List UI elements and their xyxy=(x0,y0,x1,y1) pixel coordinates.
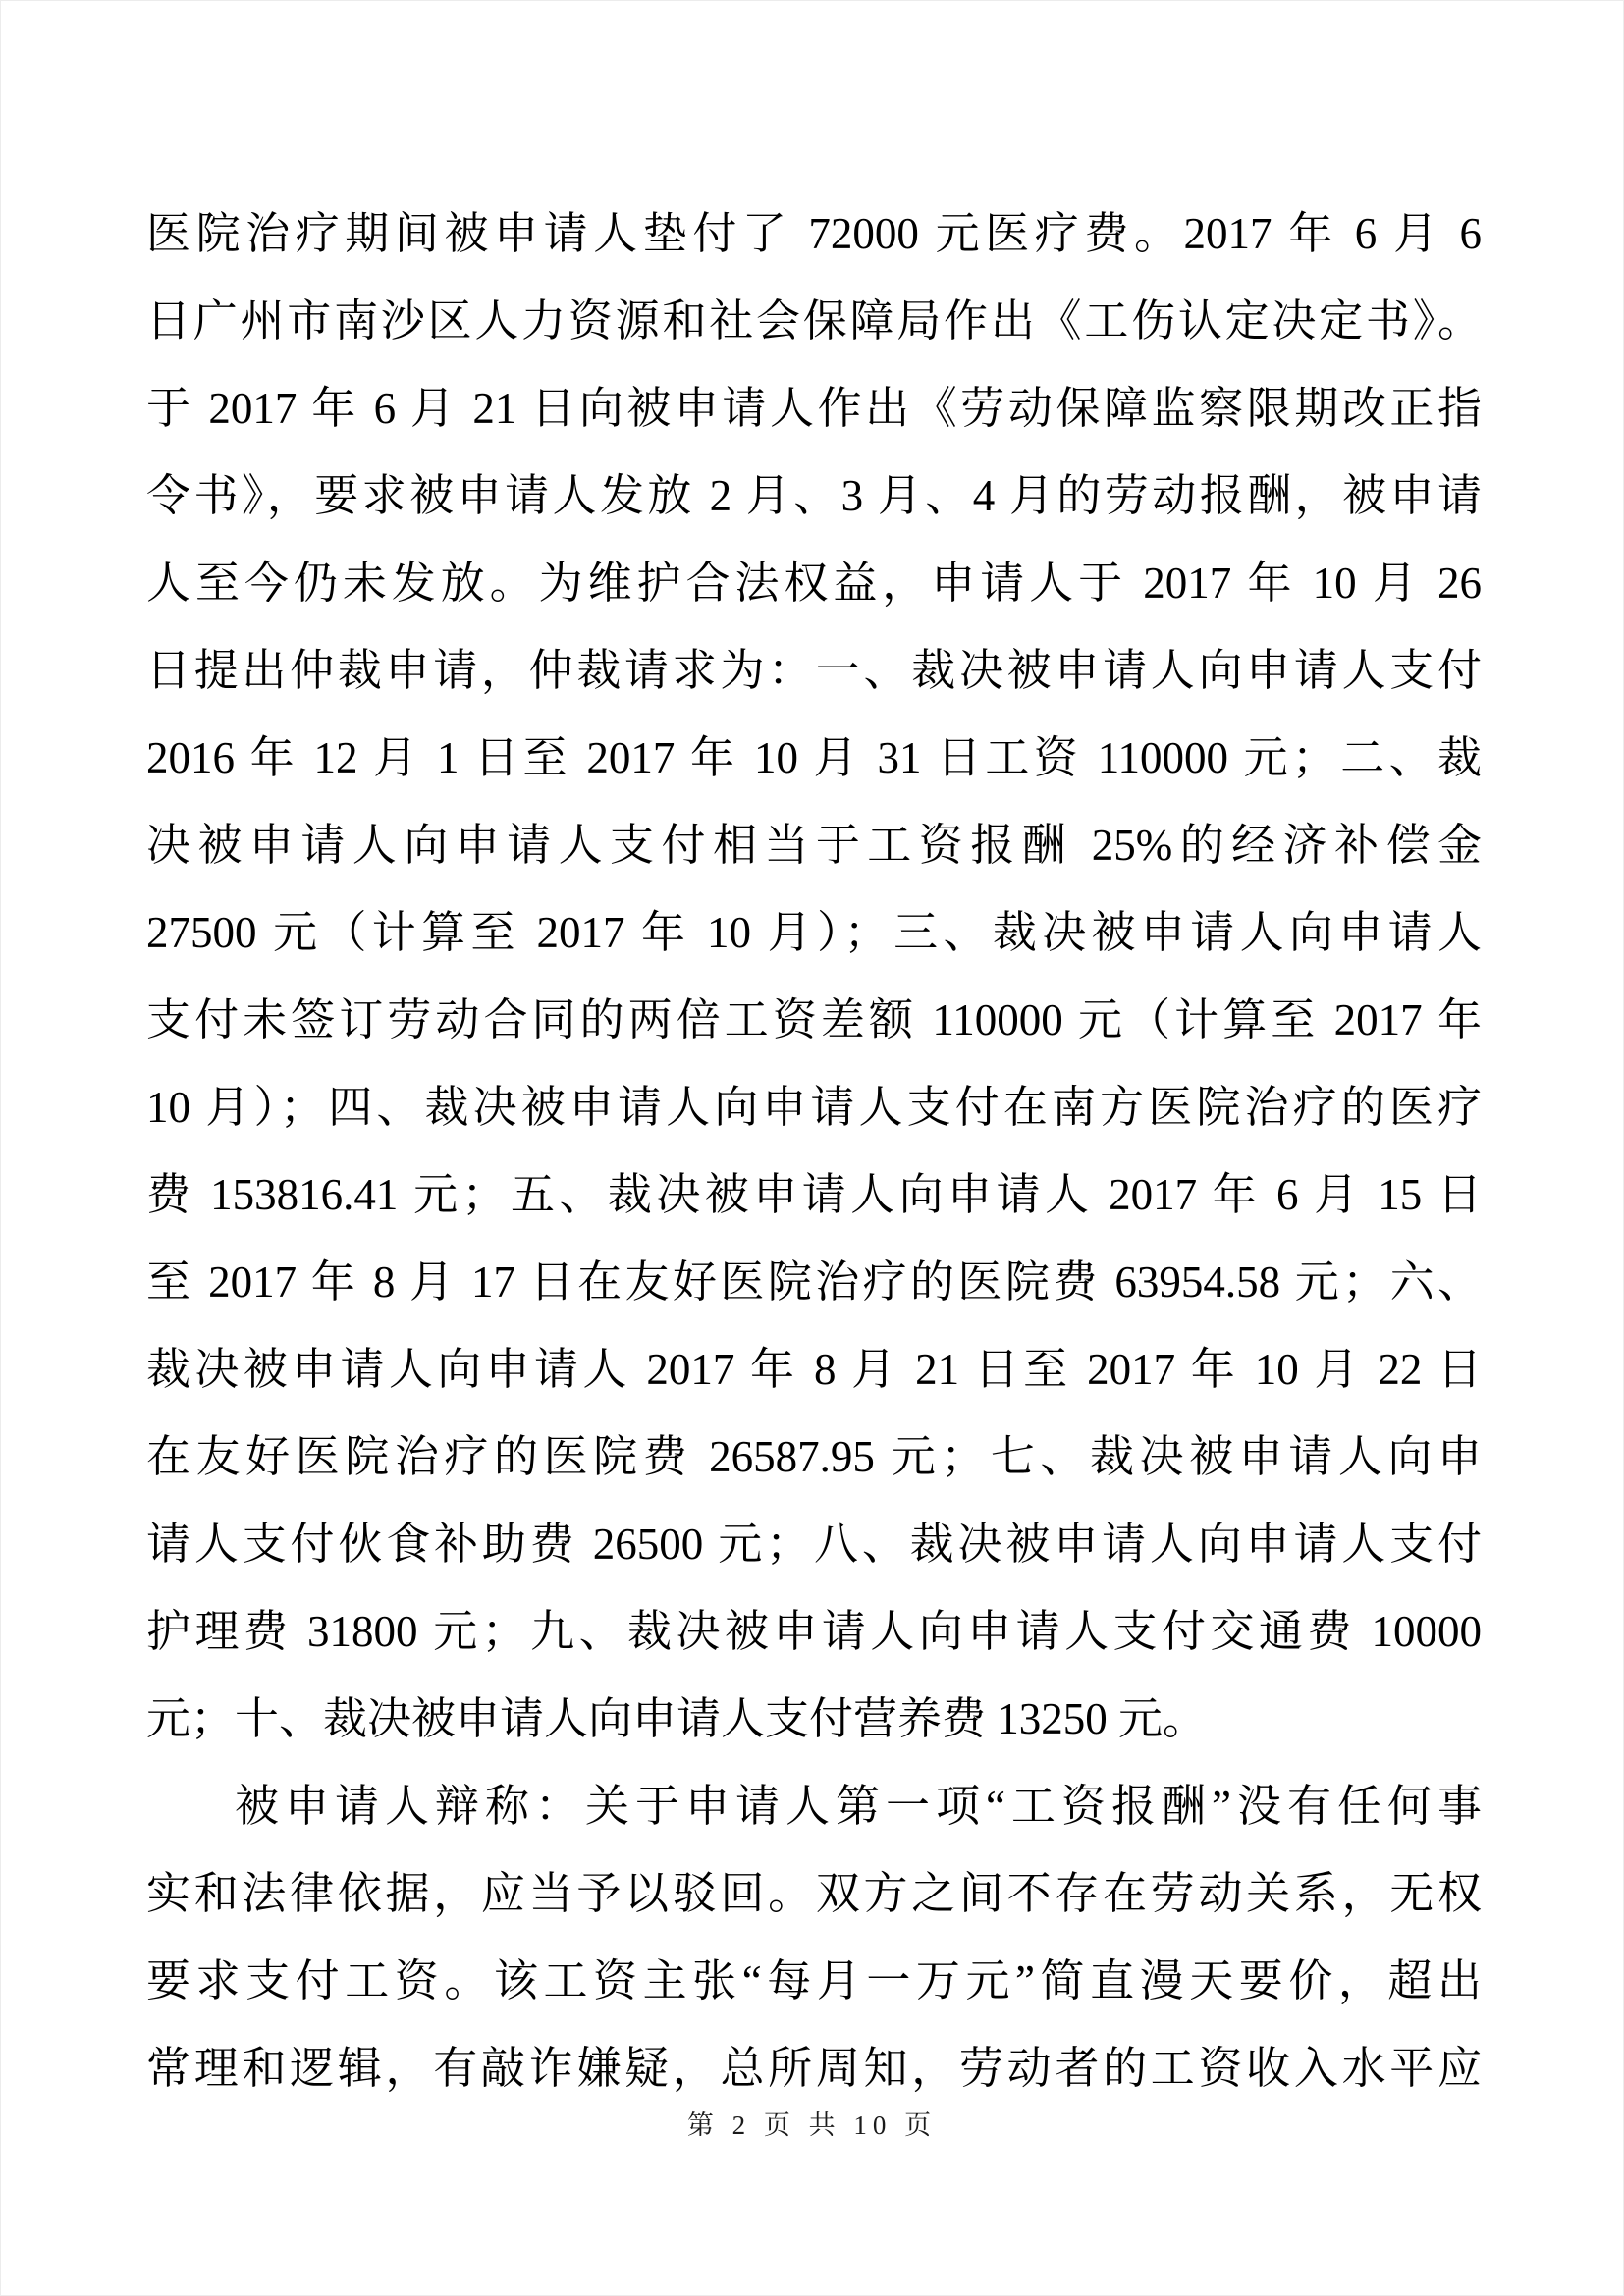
body-line: 医院治疗期间被申请人垫付了 72000 元医疗费。2017 年 6 月 6 xyxy=(146,190,1482,278)
body-line-paragraph-start: 被申请人辩称：关于申请人第一项“工资报酬”没有任何事 xyxy=(146,1763,1482,1850)
body-line: 费 153816.41 元；五、裁决被申请人向申请人 2017 年 6 月 15… xyxy=(146,1151,1482,1239)
body-line: 至 2017 年 8 月 17 日在友好医院治疗的医院费 63954.58 元；… xyxy=(146,1239,1482,1326)
page-number-footer: 第 2 页 共 10 页 xyxy=(1,2104,1623,2142)
body-line: 于 2017 年 6 月 21 日向被申请人作出《劳动保障监察限期改正指 xyxy=(146,365,1482,453)
body-line: 人至今仍未发放。为维护合法权益，申请人于 2017 年 10 月 26 xyxy=(146,540,1482,627)
body-line: 日提出仲裁申请，仲裁请求为：一、裁决被申请人向申请人支付 xyxy=(146,627,1482,715)
body-line-paragraph-end: 元；十、裁决被申请人向申请人支付营养费 13250 元。 xyxy=(146,1676,1482,1763)
body-line: 请人支付伙食补助费 26500 元；八、裁决被申请人向申请人支付 xyxy=(146,1501,1482,1588)
body-line: 令书》，要求被申请人发放 2 月、3 月、4 月的劳动报酬，被申请 xyxy=(146,453,1482,540)
body-line: 日广州市南沙区人力资源和社会保障局作出《工伤认定决定书》。 xyxy=(146,278,1482,365)
body-line: 10 月）；四、裁决被申请人向申请人支付在南方医院治疗的医疗 xyxy=(146,1064,1482,1151)
body-line: 在友好医院治疗的医院费 26587.95 元；七、裁决被申请人向申 xyxy=(146,1414,1482,1501)
document-body: 医院治疗期间被申请人垫付了 72000 元医疗费。2017 年 6 月 6 日广… xyxy=(146,190,1482,2112)
body-line: 支付未签订劳动合同的两倍工资差额 110000 元（计算至 2017 年 xyxy=(146,977,1482,1064)
body-line: 常理和逻辑，有敲诈嫌疑，总所周知，劳动者的工资收入水平应 xyxy=(146,2025,1482,2112)
document-page: 医院治疗期间被申请人垫付了 72000 元医疗费。2017 年 6 月 6 日广… xyxy=(0,0,1624,2296)
body-line: 决被申请人向申请人支付相当于工资报酬 25%的经济补偿金 xyxy=(146,802,1482,889)
body-line: 2016 年 12 月 1 日至 2017 年 10 月 31 日工资 1100… xyxy=(146,715,1482,802)
page-number-label: 第 2 页 共 10 页 xyxy=(687,2110,937,2140)
body-line: 27500 元（计算至 2017 年 10 月）；三、裁决被申请人向申请人 xyxy=(146,889,1482,977)
body-line: 护理费 31800 元；九、裁决被申请人向申请人支付交通费 10000 xyxy=(146,1588,1482,1676)
body-line: 实和法律依据，应当予以驳回。双方之间不存在劳动关系，无权 xyxy=(146,1850,1482,1938)
body-line: 裁决被申请人向申请人 2017 年 8 月 21 日至 2017 年 10 月 … xyxy=(146,1326,1482,1414)
body-line: 要求支付工资。该工资主张“每月一万元”简直漫天要价，超出 xyxy=(146,1938,1482,2025)
